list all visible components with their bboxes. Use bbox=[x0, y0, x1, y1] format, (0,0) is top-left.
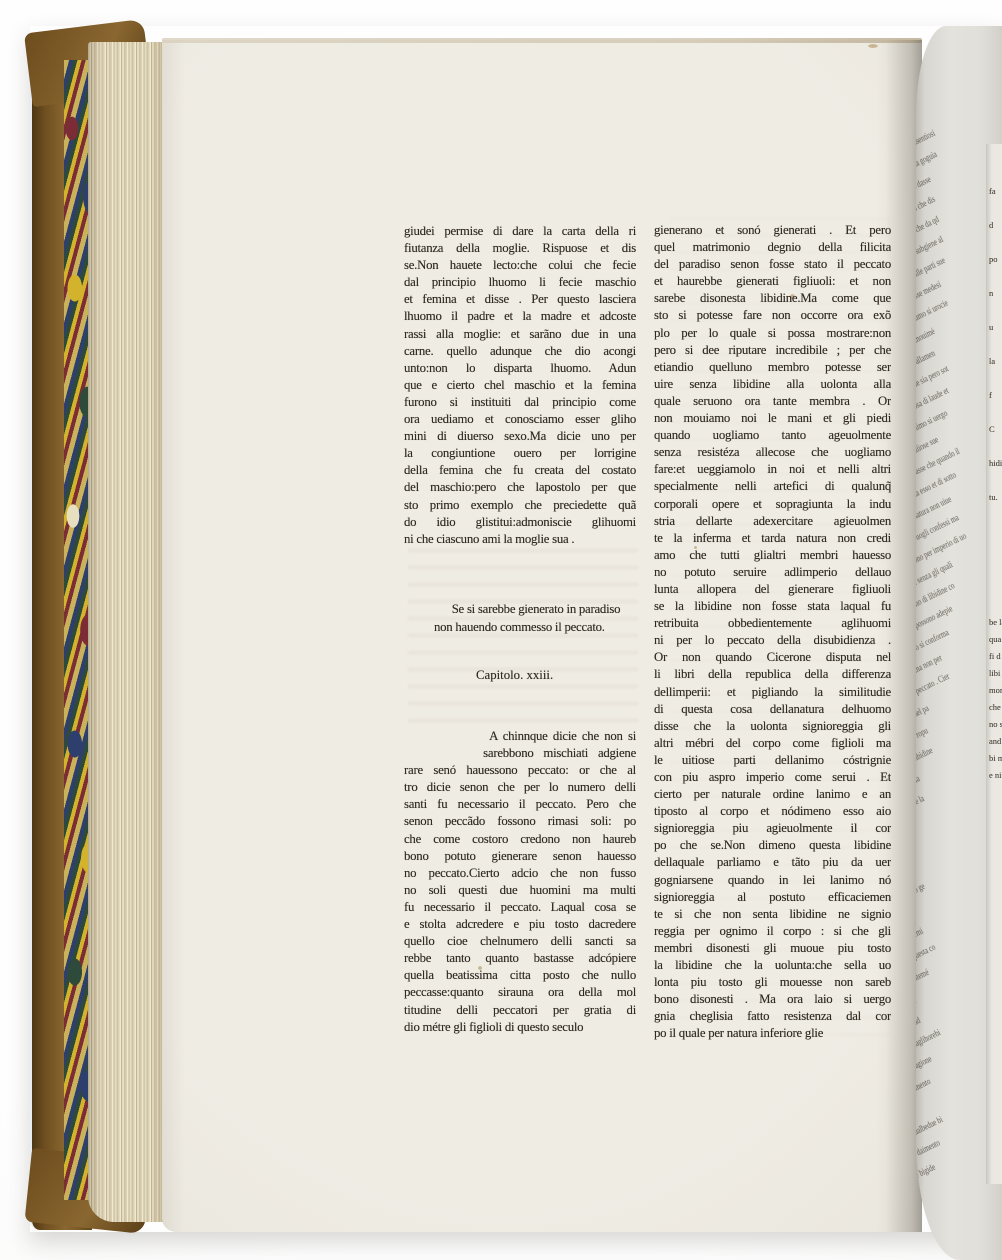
text-column-right: gienerano et sonó gienerati . Et peroque… bbox=[654, 222, 891, 1043]
page-sliver: fadponulafChiditu. be laquafi dlibimorch… bbox=[986, 144, 1002, 1184]
page-block-fore-edge bbox=[88, 42, 164, 1222]
text-column-left-paragraph-1: giudei permise di dare la carta della ri… bbox=[404, 223, 636, 548]
book: giudei permise di dare la carta della ri… bbox=[30, 26, 1002, 1232]
page-top-edge bbox=[162, 38, 922, 43]
foxing-spot bbox=[868, 44, 878, 48]
text-column-left-paragraph-2: A chinnque dicie che non si sarebbono mi… bbox=[404, 728, 636, 1036]
book-photograph: { "photo_subject": "incunabulum-open-pag… bbox=[0, 0, 1002, 1260]
chapter-label: Capitolo. xxiii. bbox=[476, 668, 553, 683]
sliver-text-fragments-top: fadponulafChiditu. bbox=[986, 174, 1002, 514]
sliver-text-fragments-bottom: be laquafi dlibimorcheno seand obi moe n… bbox=[986, 614, 1002, 784]
section-heading: Se si sarebbe gienerato in paradisonon h… bbox=[434, 600, 666, 636]
